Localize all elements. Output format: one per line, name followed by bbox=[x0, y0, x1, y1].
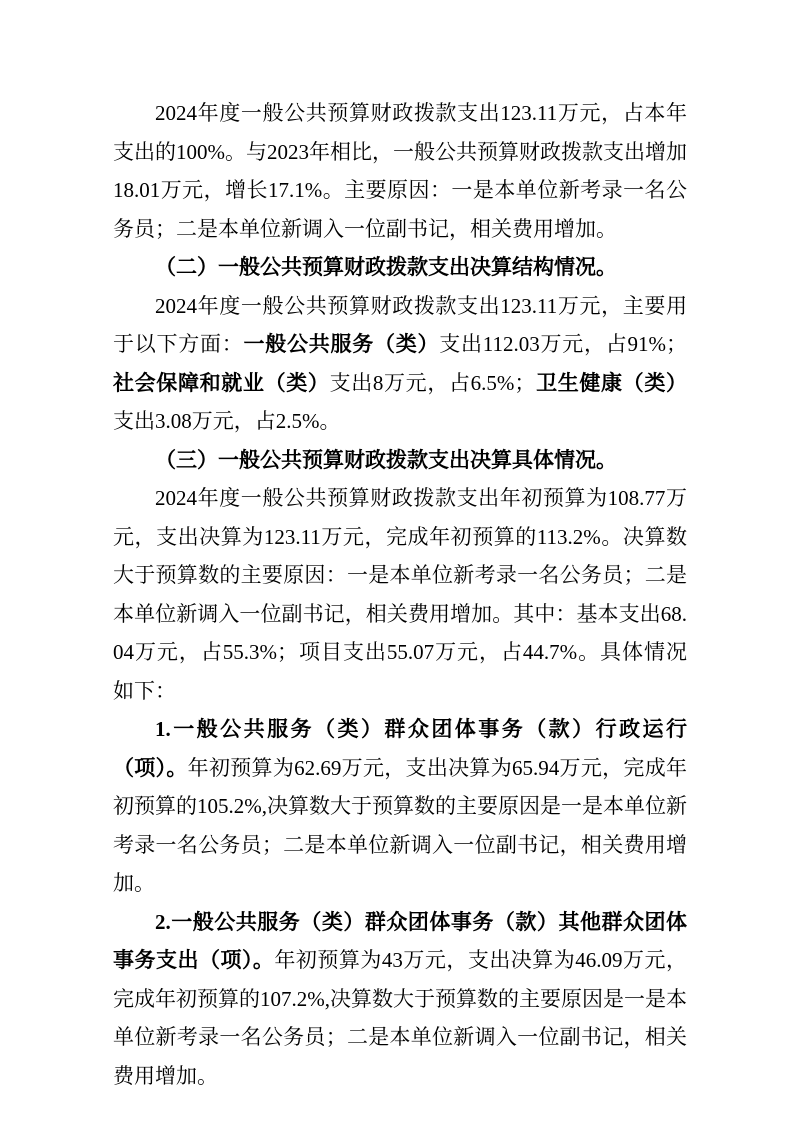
paragraph: 2024年度一般公共预算财政拨款支出123.11万元，占本年支出的100%。与2… bbox=[113, 94, 687, 248]
section-heading: （二）一般公共预算财政拨款支出决算结构情况。 bbox=[113, 248, 687, 287]
text-run: 2024年度一般公共预算财政拨款支出123.11万元，占本年支出的100%。与2… bbox=[113, 101, 687, 241]
text-run: 卫生健康（类） bbox=[535, 371, 687, 395]
text-run: 社会保障和就业（类） bbox=[113, 371, 330, 395]
paragraph: 2.一般公共服务（类）群众团体事务（款）其他群众团体事务支出（项）。年初预算为4… bbox=[113, 903, 687, 1096]
paragraph: 2024年度一般公共预算财政拨款支出年初预算为108.77万元，支出决算为123… bbox=[113, 479, 687, 710]
text-run: 支出112.03万元，占91%； bbox=[439, 332, 687, 356]
text-run: （三）一般公共预算财政拨款支出决算具体情况。 bbox=[155, 448, 617, 472]
document-page: 2024年度一般公共预算财政拨款支出123.11万元，占本年支出的100%。与2… bbox=[0, 0, 794, 1122]
text-run: 年初预算为62.69万元，支出决算为65.94万元，完成年初预算的105.2%,… bbox=[113, 756, 687, 896]
paragraph: 1.一般公共服务（类）群众团体事务（款）行政运行（项）。年初预算为62.69万元… bbox=[113, 710, 687, 903]
section-heading: （三）一般公共预算财政拨款支出决算具体情况。 bbox=[113, 441, 687, 480]
text-run: 支出8万元，占6.5%； bbox=[330, 371, 536, 395]
text-run: 2024年度一般公共预算财政拨款支出年初预算为108.77万元，支出决算为123… bbox=[113, 486, 687, 703]
text-run: 一般公共服务（类） bbox=[244, 332, 440, 356]
document-body: 2024年度一般公共预算财政拨款支出123.11万元，占本年支出的100%。与2… bbox=[113, 94, 687, 1095]
paragraph: 2024年度一般公共预算财政拨款支出123.11万元，主要用于以下方面：一般公共… bbox=[113, 287, 687, 441]
text-run: 支出3.08万元，占2.5%。 bbox=[113, 409, 341, 433]
text-run: （二）一般公共预算财政拨款支出决算结构情况。 bbox=[155, 255, 617, 279]
